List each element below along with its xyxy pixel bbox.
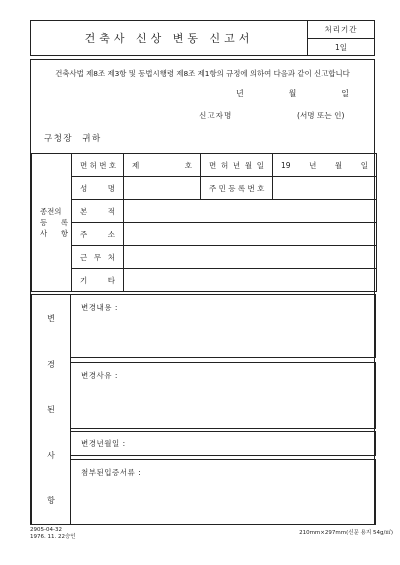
license-number-field: 제 호 bbox=[124, 154, 201, 177]
workplace-field bbox=[124, 246, 377, 269]
table-row: 근 무 처 bbox=[32, 246, 377, 269]
changes-label-char1: 변 bbox=[47, 313, 55, 324]
month-label: 월 bbox=[289, 88, 297, 99]
address-label: 주 소 bbox=[72, 223, 124, 246]
license-date-field: 19 년 월 일 bbox=[273, 154, 377, 177]
reporter-name-label: 신고자명 bbox=[199, 110, 232, 121]
change-content-label: 변경내용 : bbox=[71, 295, 375, 313]
previous-section-label-line1: 종전의 bbox=[40, 206, 68, 217]
table-row: 성 명 주 민 등 록 번 호 bbox=[32, 177, 377, 200]
change-reason-label: 변경사유 : bbox=[71, 363, 375, 381]
change-reason-box: 변경사유 : bbox=[70, 362, 376, 429]
attachments-label: 첨부된입증서류 : bbox=[71, 460, 375, 478]
form-code-block: 2905-04-32 1976. 11. 22승인 bbox=[30, 527, 76, 540]
change-date-box: 변경년월일 : bbox=[70, 431, 376, 456]
table-row: 기 타 bbox=[32, 269, 377, 292]
report-date-line: 년 월 일 bbox=[236, 88, 349, 99]
addressee-line: 구청장 귀하 bbox=[44, 132, 102, 144]
day-label: 일 bbox=[341, 88, 349, 99]
processing-time-box: 처리기간 1일 bbox=[307, 21, 374, 55]
license-date-label: 면 허 년 월 일 bbox=[201, 154, 273, 177]
change-date-label: 변경년월일 : bbox=[81, 438, 126, 449]
etc-field bbox=[124, 269, 377, 292]
intro-text: 건축사법 제8조 제3항 및 동법시행령 제8조 제1항의 규정에 의하여 다음… bbox=[31, 68, 374, 79]
previous-section-label-line3: 사 항 bbox=[40, 228, 68, 239]
resident-number-field bbox=[273, 177, 377, 200]
signature-or-seal-note: (서명 또는 인) bbox=[297, 110, 344, 121]
table-row: 주 소 bbox=[32, 223, 377, 246]
table-row: 본 적 bbox=[32, 200, 377, 223]
paper-spec: 210mm×297mm(신문 용지 54g/㎡) bbox=[299, 528, 393, 536]
attachments-box: 첨부된입증서류 : bbox=[70, 459, 376, 525]
table-row: 종전의 등 록 사 항 면 허 번 호 제 호 면 허 년 월 일 19 년 월… bbox=[32, 154, 377, 177]
changes-label-char4: 사 bbox=[47, 450, 55, 461]
domicile-label: 본 적 bbox=[72, 200, 124, 223]
form-body: 건축사법 제8조 제3항 및 동법시행령 제8조 제1항의 규정에 의하여 다음… bbox=[30, 59, 375, 525]
change-content-box: 변경내용 : bbox=[70, 294, 376, 358]
year-label: 년 bbox=[236, 88, 244, 99]
previous-section-label: 종전의 등 록 사 항 bbox=[32, 154, 72, 292]
changes-label-char3: 된 bbox=[47, 404, 55, 415]
previous-registration-table: 종전의 등 록 사 항 면 허 번 호 제 호 면 허 년 월 일 19 년 월… bbox=[31, 153, 377, 292]
title-box: 건축사 신상 변동 신고서 처리기간 1일 bbox=[30, 20, 375, 56]
name-field bbox=[124, 177, 201, 200]
previous-section-label-line2: 등 록 bbox=[40, 217, 68, 228]
processing-time-value: 1일 bbox=[308, 39, 374, 55]
changes-label-char2: 경 bbox=[47, 359, 55, 370]
name-label: 성 명 bbox=[72, 177, 124, 200]
changes-label-char5: 항 bbox=[47, 495, 55, 506]
processing-time-label: 처리기간 bbox=[308, 21, 374, 39]
workplace-label: 근 무 처 bbox=[72, 246, 124, 269]
resident-number-label: 주 민 등 록 번 호 bbox=[201, 177, 273, 200]
form-approval-date: 1976. 11. 22승인 bbox=[30, 534, 76, 541]
domicile-field bbox=[124, 200, 377, 223]
changes-section-label: 변 경 된 사 항 bbox=[31, 294, 71, 525]
etc-label: 기 타 bbox=[72, 269, 124, 292]
address-field bbox=[124, 223, 377, 246]
license-number-label: 면 허 번 호 bbox=[72, 154, 124, 177]
form-title: 건축사 신상 변동 신고서 bbox=[31, 21, 307, 55]
